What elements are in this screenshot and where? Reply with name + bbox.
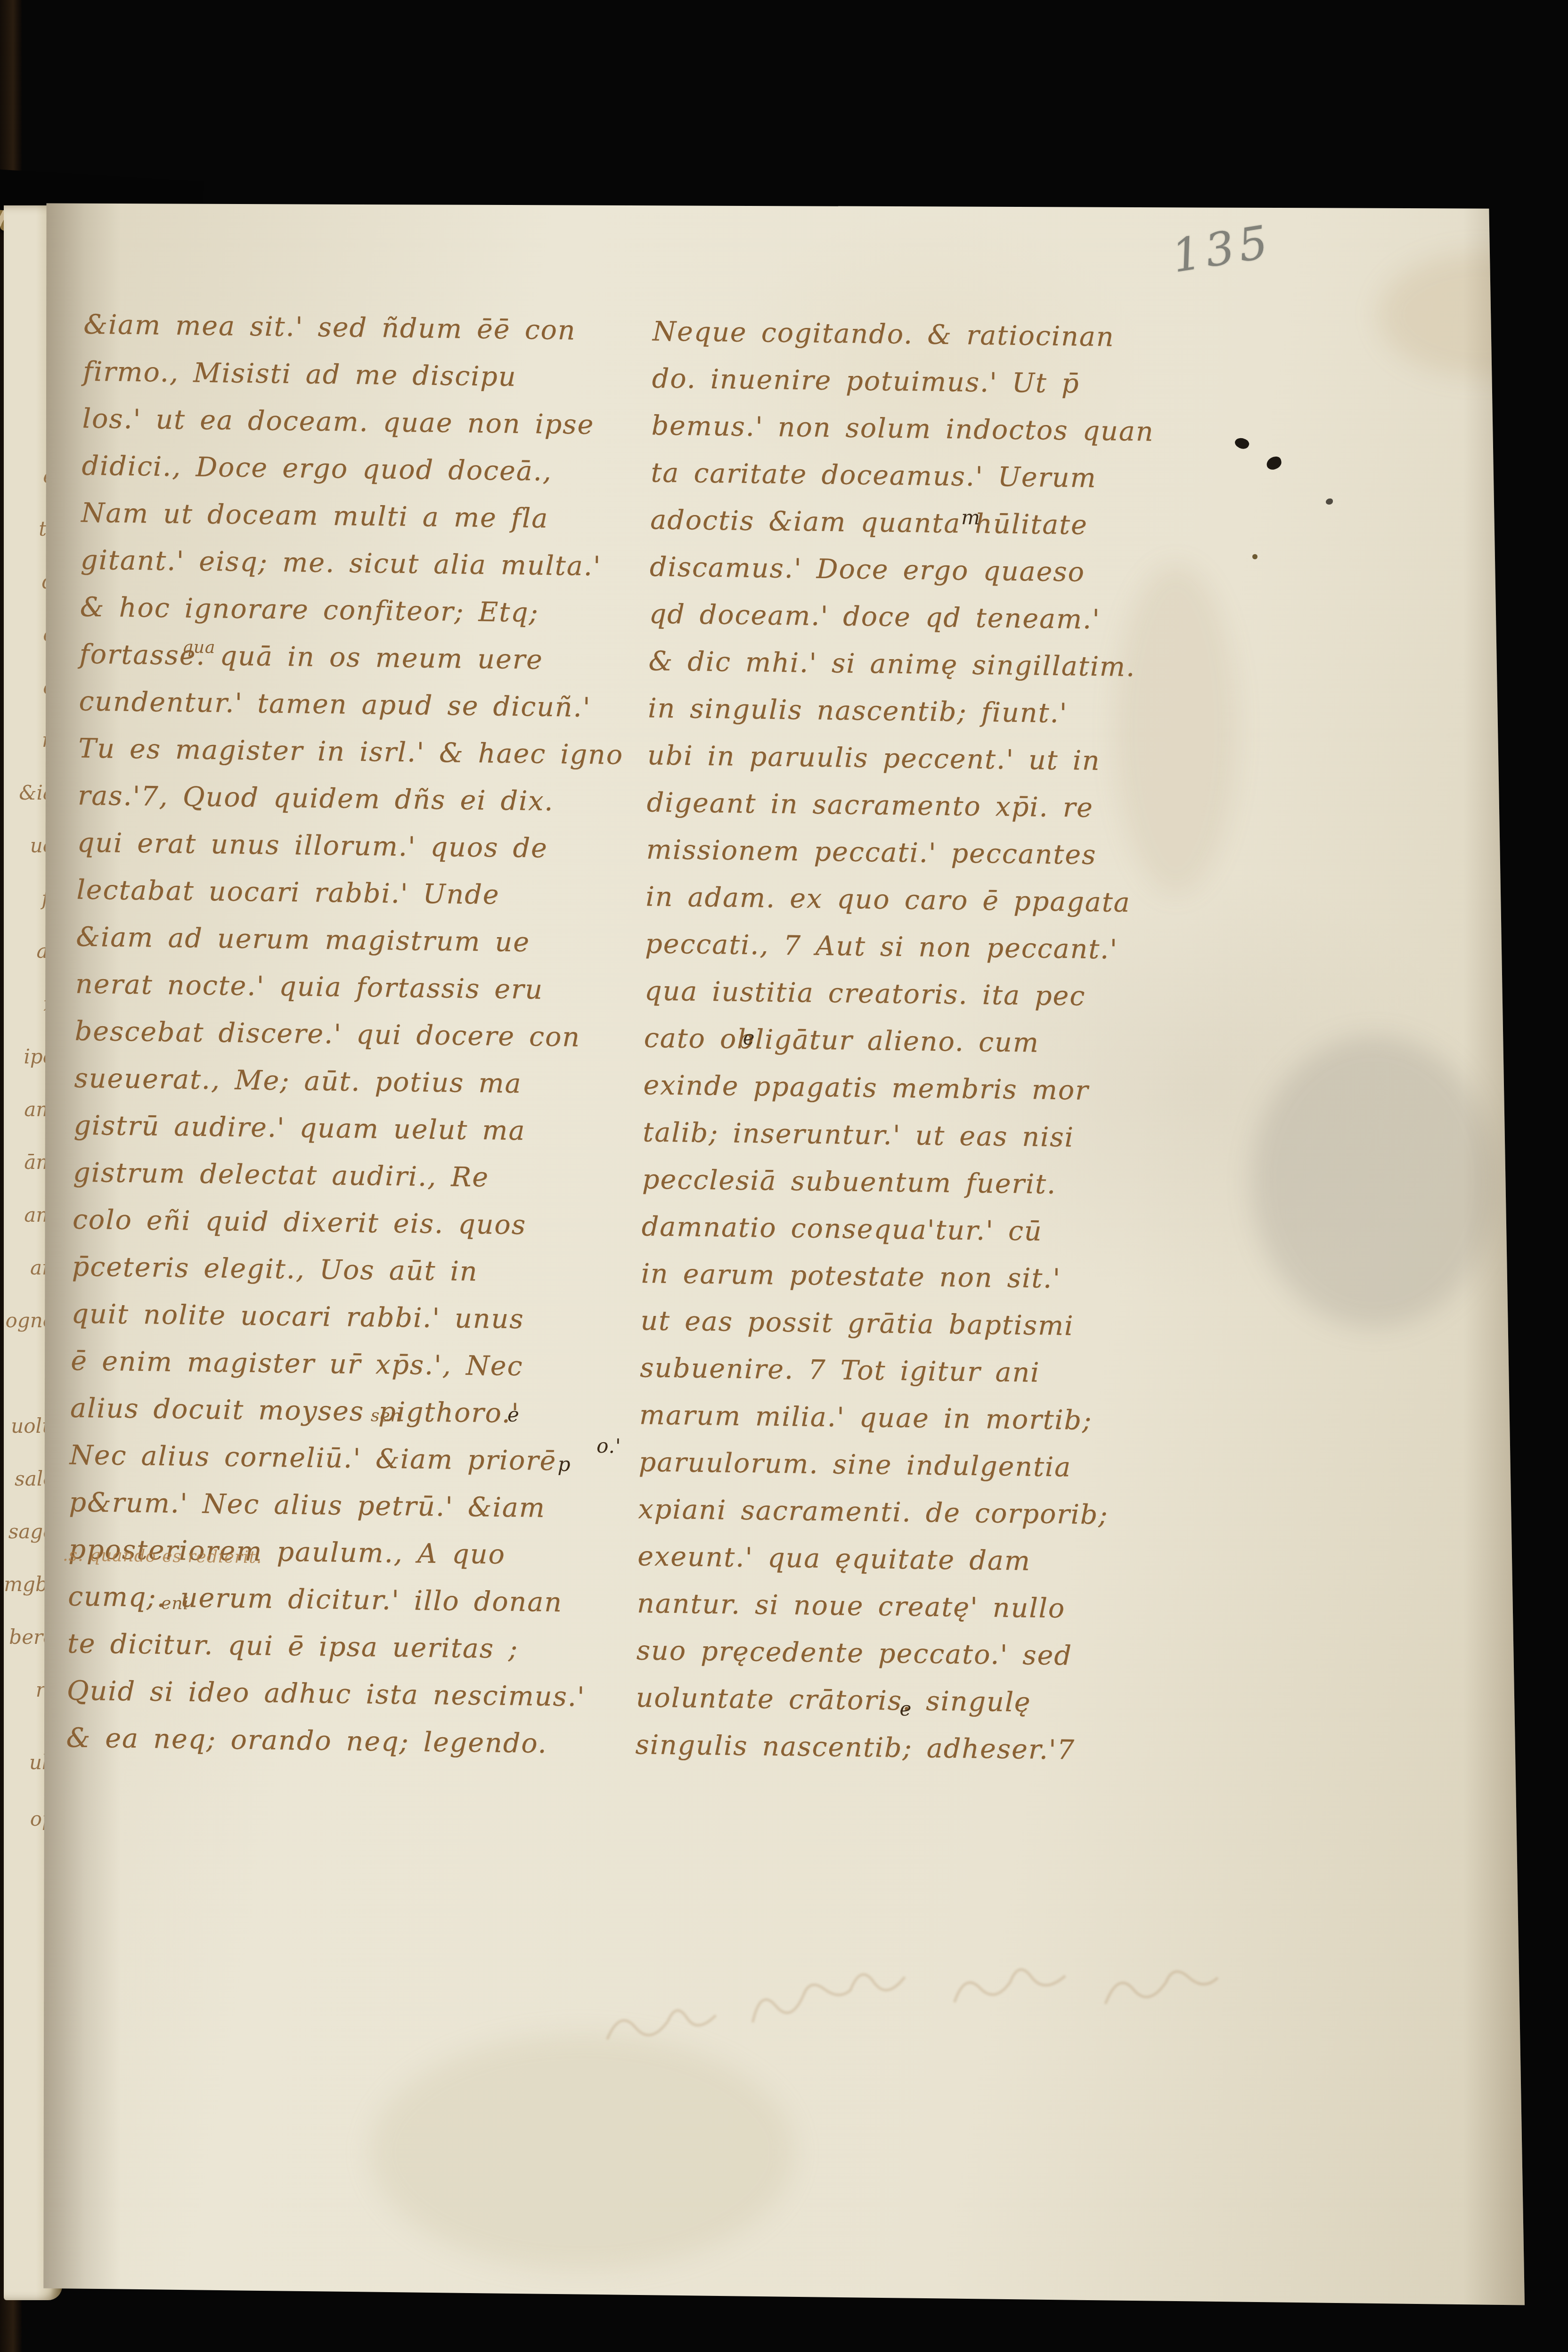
text-line: bescebat discere.' qui docere con: [74, 1008, 620, 1062]
text-line: pecclesiā subuentum fuerit.: [642, 1156, 1145, 1209]
interlinear-correction: e: [743, 1026, 755, 1049]
interlinear-correction: m: [961, 506, 980, 529]
text-line: exinde ppagatis membris mor: [643, 1062, 1146, 1115]
interlinear-correction: o.': [596, 1434, 621, 1458]
text-line: exeunt.' qua ęquitate dam: [637, 1533, 1141, 1586]
interlinear-correction: e: [899, 1697, 912, 1720]
interlinear-note-red: .s. quando es redierit.: [63, 1545, 262, 1567]
text-line: ubi in paruulis peccent.' ut in: [647, 732, 1150, 785]
text-line: colo eñi quid dixerit eis. quos: [72, 1196, 618, 1249]
text-line: ras.'7, Quod quidem dñs ei dix.: [77, 772, 623, 826]
text-line: in adam. ex quo caro ē ppagata: [645, 873, 1149, 926]
text-line: Quid si ideo adhuc ista nescimus.': [66, 1667, 612, 1721]
text-line: Nam ut doceam multi a me fla: [81, 490, 627, 543]
text-line: qui erat unus illorum.' quos de: [77, 819, 622, 873]
text-line: gitant.' eisq; me. sicut alia multa.': [80, 537, 626, 590]
text-line: nantur. si noue creatę' nullo: [637, 1580, 1140, 1633]
text-line: &iam mea sit.' sed ñdum ēē con: [83, 301, 629, 355]
text-line: qd doceam.' doce qd teneam.': [649, 590, 1152, 644]
interlinear-correction: p: [557, 1453, 571, 1476]
interlinear-correction: e: [507, 1403, 520, 1426]
text-line: & hoc ignorare confiteor; Etq;: [80, 584, 625, 637]
text-line: cumq;. uerum dicitur.' illo donan: [68, 1573, 613, 1626]
text-line: cundentur.' tamen apud se dicuñ.': [79, 678, 624, 732]
interlinear-gloss: sen: [371, 1406, 402, 1426]
text-line: sueuerat., Me; aūt. potius ma: [74, 1055, 620, 1109]
text-line: damnatio consequa'tur.' cū: [641, 1203, 1144, 1256]
text-line: paruulorum. sine indulgentia: [638, 1438, 1142, 1492]
text-line: & dic mhi.' si animę singillatim.: [648, 637, 1151, 691]
photograph-of-manuscript: { "document": { "kind": "parchment codex…: [0, 0, 1568, 2352]
text-line: Nec alius corneliū.' &iam priorē: [69, 1431, 615, 1485]
text-line: xpiani sacramenti. de corporib;: [638, 1486, 1141, 1539]
interlinear-gloss: qua: [182, 637, 216, 657]
text-line: nerat nocte.' quia fortassis eru: [75, 961, 621, 1014]
text-line: ut eas possit grātia baptismi: [640, 1297, 1143, 1350]
text-line: cato obligātur alieno. cum: [644, 1014, 1147, 1068]
text-line: discamus.' Doce ergo quaeso: [649, 543, 1152, 596]
text-line: alius docuit moyses pigthoro.': [70, 1384, 615, 1438]
text-line: gistrū audire.' quam uelut ma: [73, 1102, 619, 1156]
text-line: quit nolite uocari rabbi.' unus: [71, 1290, 617, 1344]
text-line: gistrum delectat audiri., Re: [73, 1149, 619, 1202]
text-line: lectabat uocari rabbi.' Unde: [76, 866, 622, 920]
text-line: in singulis nascentib; fiunt.': [648, 685, 1151, 738]
text-line: & ea neq; orando neq; legendo.: [66, 1714, 612, 1768]
text-line: qua iustitia creatoris. ita pec: [644, 967, 1147, 1021]
text-line: te dicitur. qui ē ipsa ueritas ;: [67, 1620, 612, 1674]
text-line: peccati., 7 Aut si non peccant.': [645, 920, 1148, 973]
text-line: missionem peccati.' peccantes: [646, 826, 1149, 879]
text-line: bemus.' non solum indoctos quan: [651, 402, 1154, 455]
interlinear-gloss: eni: [161, 1594, 189, 1614]
text-line: suo pręcedente peccato.' sed: [636, 1627, 1139, 1680]
text-line: uoluntate crātoris. singulę: [636, 1674, 1139, 1727]
text-line: in earum potestate non sit.': [641, 1250, 1144, 1303]
text-line: ta caritate doceamus.' Uerum: [651, 449, 1154, 502]
text-line: Neque cogitando. & ratiocinan: [652, 308, 1155, 361]
text-line: p̄ceteris elegit., Uos aūt in: [72, 1243, 617, 1297]
text-line: los.' ut ea doceam. quae non ipse: [82, 395, 628, 449]
text-line: didici., Doce ergo quod doceā.,: [82, 442, 627, 496]
text-line: do. inuenire potuimus.' Ut p̄: [652, 355, 1155, 408]
text-line: marum milia.' quae in mortib;: [639, 1391, 1142, 1445]
text-line: talib; inseruntur.' ut eas nisi: [643, 1109, 1146, 1162]
text-column-right: Neque cogitando. & ratiocinan do. inueni…: [635, 308, 1156, 1774]
text-line: firmo., Misisti ad me discipu: [82, 348, 628, 402]
text-line: subuenire. 7 Tot igitur ani: [640, 1344, 1143, 1397]
text-line: singulis nascentib; adheser.'7: [635, 1721, 1138, 1774]
text-line: p&rum.' Nec alius petrū.' &iam: [69, 1478, 614, 1532]
text-line: &iam ad uerum magistrum ue: [76, 914, 621, 967]
text-line: digeant in sacramento xp̄i. re: [646, 779, 1150, 832]
text-line: Tu es magister in isrl.' & haec igno: [78, 725, 624, 779]
text-line: ē enim magister ur̄ xp̄s.', Nec: [71, 1337, 616, 1391]
text-line: fortasse. quā in os meum uere: [79, 631, 625, 685]
manuscript-page: 135 &iam mea sit.' sed ñdum ēē con firmo…: [41, 197, 1525, 2311]
text-line: adoctis &iam quanta hūlitate: [650, 496, 1153, 549]
